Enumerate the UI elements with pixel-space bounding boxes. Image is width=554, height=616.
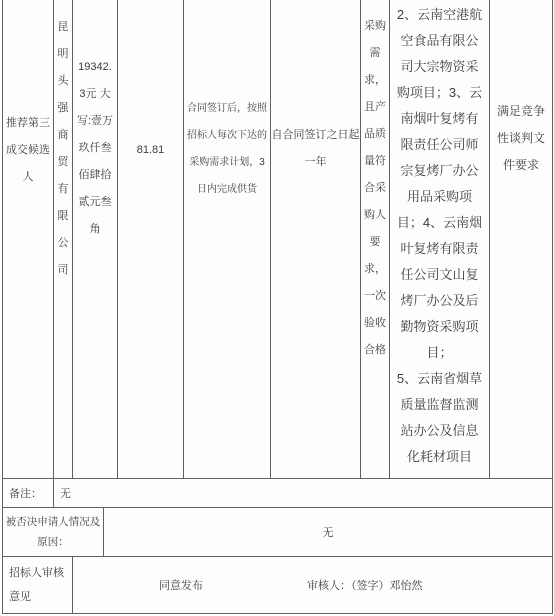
reviewer-signature-text: 审核人：（签字）邓怡然 bbox=[307, 577, 423, 593]
bid-amount-cell: 19342. 3元 大 写:壹万 玖仟叁 佰肆拾 贰元叁 角 bbox=[73, 0, 118, 478]
review-opinion-text: 同意发布 bbox=[159, 577, 203, 593]
third-candidate-row: 推荐第三 成交候选 人 昆 明 头 强 商 贸 有 限 公 司 19342. 3… bbox=[3, 0, 552, 478]
rejected-applicants-value: 无 bbox=[104, 508, 552, 556]
bid-result-document: 推荐第三 成交候选 人 昆 明 头 强 商 贸 有 限 公 司 19342. 3… bbox=[0, 0, 554, 616]
rejected-applicants-row: 被否决申请人情况及 原因： 无 bbox=[3, 507, 552, 556]
contract-period-cell: 自合同签订之日起 一年 bbox=[271, 0, 361, 478]
delivery-terms-cell: 合同签订后，按照 招标人每次下达的 采购需求计划，3 日内完成供货 bbox=[184, 0, 271, 478]
score-cell: 81.81 bbox=[118, 0, 184, 478]
rejected-applicants-label: 被否决申请人情况及 原因： bbox=[3, 508, 104, 556]
tenderer-review-content: 同意发布 审核人：（签字）邓怡然 bbox=[73, 557, 552, 613]
tenderer-review-row: 招标人审核 意见 同意发布 审核人：（签字）邓怡然 bbox=[3, 556, 552, 613]
bid-result-table: 推荐第三 成交候选 人 昆 明 头 强 商 贸 有 限 公 司 19342. 3… bbox=[2, 0, 553, 614]
remark-row: 备注： 无 bbox=[3, 478, 552, 507]
quality-requirement-cell: 采购 需 求， 且产 品质 量符 合采 购人 要 求， 一次 验收 合格 bbox=[361, 0, 390, 478]
supplier-name-cell: 昆 明 头 强 商 贸 有 限 公 司 bbox=[54, 0, 73, 478]
quality-requirement-text: 采购 需 求， 且产 品质 量符 合采 购人 要 求， 一次 验收 合格 bbox=[361, 13, 389, 364]
remark-value: 无 bbox=[54, 479, 552, 507]
performance-projects-cell: 2、云南空港航 空食品有限公 司大宗物资采 购项目；3、云 南烟叶复烤有 限责任… bbox=[390, 0, 490, 478]
tenderer-review-label: 招标人审核 意见 bbox=[3, 557, 73, 613]
compliance-cell: 满足竞争 性谈判文 件要求 bbox=[490, 0, 552, 478]
candidate-rank-cell: 推荐第三 成交候选 人 bbox=[3, 0, 54, 478]
remark-label: 备注： bbox=[3, 479, 54, 507]
